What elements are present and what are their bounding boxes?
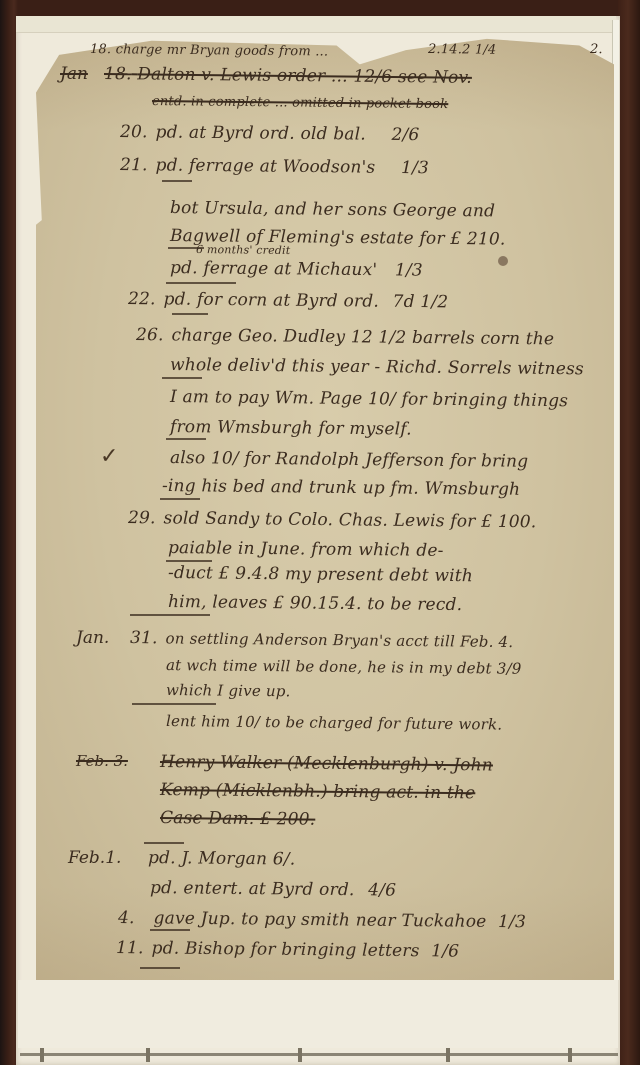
entry-line: -duct £ 9.4.8 my present debt with [168,563,473,586]
underline [172,313,208,315]
entry-line: 22. pd. for corn at Byrd ord. 7d 1/2 [128,289,448,312]
entry-line: I am to pay Wm. Page 10/ for bringing th… [170,387,568,411]
entry-text: pd. Bishop for bringing letters [152,938,420,961]
entry-text: pd. at Byrd ord. old bal. [156,122,367,144]
entry-line: 20. pd. at Byrd ord. old bal. 2/6 [120,122,420,145]
entry-interlinear: 6 months' credit [196,243,291,257]
entry-day: 31. [130,628,160,648]
entry-line: 11. pd. Bishop for bringing letters 1/6 [116,938,459,962]
month-label: Feb.1. [68,848,121,868]
entry-line: also 10/ for Randolph Jefferson for brin… [170,448,529,472]
underline [160,498,200,500]
entry-text: on settling Anderson Bryan's acct till F… [166,629,514,651]
entry-text: pd. ferrage at Woodson's [156,155,376,177]
underline [162,180,192,182]
underline [130,614,210,616]
entry-day: 1. [105,848,121,868]
entry-line: bot Ursula, and her sons George and [170,198,495,221]
entry-text: pd. for corn at Byrd ord. [164,289,380,311]
entry-note: 2. [590,42,603,57]
underline [132,703,216,705]
entry-day: 22. [128,289,158,309]
month-label: Jan. [76,628,109,648]
entry-line: 21. pd. ferrage at Woodson's 1/3 [120,155,429,178]
entry-line: him, leaves £ 90.15.4. to be recd. [168,592,462,615]
entry-day: 29. [128,508,158,528]
entry-text: pd. ferrage at Michaux' [170,258,377,280]
entry-line: -ing his bed and trunk up fm. Wmsburgh [162,476,520,500]
entry-amount: 1/3 [395,260,423,280]
entry-amount: 7d 1/2 [393,292,449,313]
underline [168,247,204,249]
underline [150,929,190,931]
entry-day: 20. [120,122,150,142]
entry-line: 26. charge Geo. Dudley 12 1/2 barrels co… [136,325,554,349]
entry-line: 31. on settling Anderson Bryan's acct ti… [130,628,514,652]
entry-amount: 2.14.2 1/4 [428,42,497,58]
entry-day: 21. [120,155,150,175]
ink-blot [498,256,508,266]
entry-text: charge Geo. Dudley 12 1/2 barrels corn t… [172,325,555,349]
entry-text: gave Jup. to pay smith near Tuckahoe [154,908,487,931]
entry-amount: 1/3 [498,912,526,932]
entry-line-struck: entd. in complete ... omitted in pocket … [152,94,448,112]
entry-day: 18. [104,64,132,84]
entry-amount: 1/3 [401,158,429,178]
entry-text: Dalton v. Lewis order ... 12/6 see Nov. [137,64,472,88]
entry-day: 18. [90,42,111,57]
entry-line: which I give up. [166,681,291,700]
manuscript-text: 18. charge mr Bryan goods from ... 2.14.… [0,0,640,1065]
entry-line: pd. ferrage at Michaux' 1/3 [170,258,423,281]
entry-line-struck: Kemp (Micklenbh.) bring act. in the [160,780,476,803]
month-text: Feb. [68,848,105,868]
entry-line-struck: Henry Walker (Mecklenburgh) v. John [160,752,493,775]
entry-line: from Wmsburgh for myself. [170,417,412,440]
entry-amount: 4/6 [368,880,396,900]
entry-line-struck: Case Dam. £ 200. [160,808,315,830]
entry-line: 18. charge mr Bryan goods from ... [90,42,328,59]
underline [166,438,206,440]
month-label: Jan [60,64,88,84]
entry-line-struck: 18. Dalton v. Lewis order ... 12/6 see N… [104,64,472,88]
underline [140,967,180,969]
entry-line: 29. sold Sandy to Colo. Chas. Lewis for … [128,508,537,532]
checkmark-icon: ✓ [100,444,118,469]
entry-text: charge mr Bryan goods from ... [116,42,329,59]
entry-day: 4. [118,908,148,928]
entry-line: pd. J. Morgan 6/. [148,848,296,870]
entry-line: paiable in June. from which de- [168,538,444,561]
underline [144,842,184,844]
entry-line: at wch time will be done, he is in my de… [166,656,522,678]
entry-day: 11. [116,938,146,958]
entry-text: sold Sandy to Colo. Chas. Lewis for £ 10… [164,508,537,532]
entry-line: lent him 10/ to be charged for future wo… [166,712,502,734]
entry-text: pd. entert. at Byrd ord. [150,878,355,900]
underline [166,560,212,562]
entry-day: 26. [136,325,166,345]
underline [162,377,202,379]
entry-amount: 1/6 [431,941,459,961]
entry-line: pd. entert. at Byrd ord. 4/6 [150,878,396,901]
entry-line: whole deliv'd this year - Richd. Sorrels… [170,355,584,379]
month-label: Feb. 3. [76,752,128,770]
entry-amount: 2/6 [391,125,419,145]
underline [166,282,236,284]
